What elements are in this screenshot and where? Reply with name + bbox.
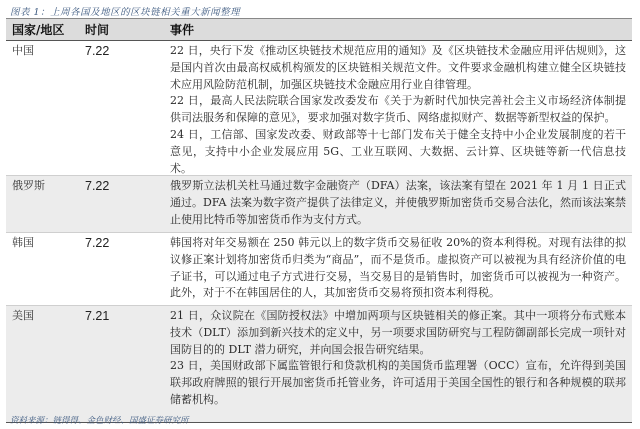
header-time: 时间 (71, 21, 156, 38)
event-cell: 俄罗斯立法机关杜马通过数字金融资产（DFA）法案，该法案有望在 2021 年 1… (156, 176, 632, 229)
country-cell: 美国 (6, 306, 71, 325)
event-paragraph: 22 日，央行下发《推动区块链技术规范应用的通知》及《区块链技术金融应用评估规则… (170, 43, 626, 93)
table-row-korea: 韩国 7.22 韩国将对年交易额在 250 韩元以上的数字货币交易征收 20%的… (6, 233, 632, 306)
header-country: 国家/地区 (6, 21, 71, 38)
table-header: 国家/地区 时间 事件 (6, 18, 632, 41)
event-cell: 21 日，众议院在《国防授权法》中增加两项与区块链相关的修正案。其中一项将分布式… (156, 306, 632, 410)
time-cell: 7.22 (71, 233, 156, 252)
time-cell: 7.22 (71, 176, 156, 195)
table-row-russia: 俄罗斯 7.22 俄罗斯立法机关杜马通过数字金融资产（DFA）法案，该法案有望在… (6, 176, 632, 233)
country-cell: 韩国 (6, 233, 71, 252)
time-cell: 7.21 (71, 306, 156, 325)
country-cell: 中国 (6, 41, 71, 60)
event-cell: 22 日，央行下发《推动区块链技术规范应用的通知》及《区块链技术金融应用评估规则… (156, 41, 632, 178)
event-cell: 韩国将对年交易额在 250 韩元以上的数字货币交易征收 20%的资本利得税。对现… (156, 233, 632, 303)
time-cell: 7.22 (71, 41, 156, 60)
event-paragraph: 24 日，工信部、国家发改委、财政部等十七部门发布关于健全支持中小企业发展制度的… (170, 127, 626, 177)
figure-caption: 图表 1：上周各国及地区的区块链相关重大新闻整理 (10, 4, 240, 18)
event-paragraph: 22 日，最高人民法院联合国家发改委发布《关于为新时代加快完善社会主义市场经济体… (170, 93, 626, 127)
country-cell: 俄罗斯 (6, 176, 71, 195)
table-row-china: 中国 7.22 22 日，央行下发《推动区块链技术规范应用的通知》及《区块链技术… (6, 41, 632, 176)
event-paragraph: 21 日，众议院在《国防授权法》中增加两项与区块链相关的修正案。其中一项将分布式… (170, 308, 626, 358)
event-paragraph: 俄罗斯立法机关杜马通过数字金融资产（DFA）法案，该法案有望在 2021 年 1… (170, 178, 626, 228)
event-paragraph: 23 日，美国财政部下属监管银行和贷款机构的美国货币监理署（OCC）宣布，允许得… (170, 358, 626, 408)
source-note: 资料来源：链得得、金色财经、国盛证券研究所 (10, 414, 189, 426)
event-paragraph: 韩国将对年交易额在 250 韩元以上的数字货币交易征收 20%的资本利得税。对现… (170, 235, 626, 302)
table-row-usa: 美国 7.21 21 日，众议院在《国防授权法》中增加两项与区块链相关的修正案。… (6, 306, 632, 423)
news-table: 国家/地区 时间 事件 中国 7.22 22 日，央行下发《推动区块链技术规范应… (6, 18, 632, 423)
header-event: 事件 (156, 21, 632, 38)
